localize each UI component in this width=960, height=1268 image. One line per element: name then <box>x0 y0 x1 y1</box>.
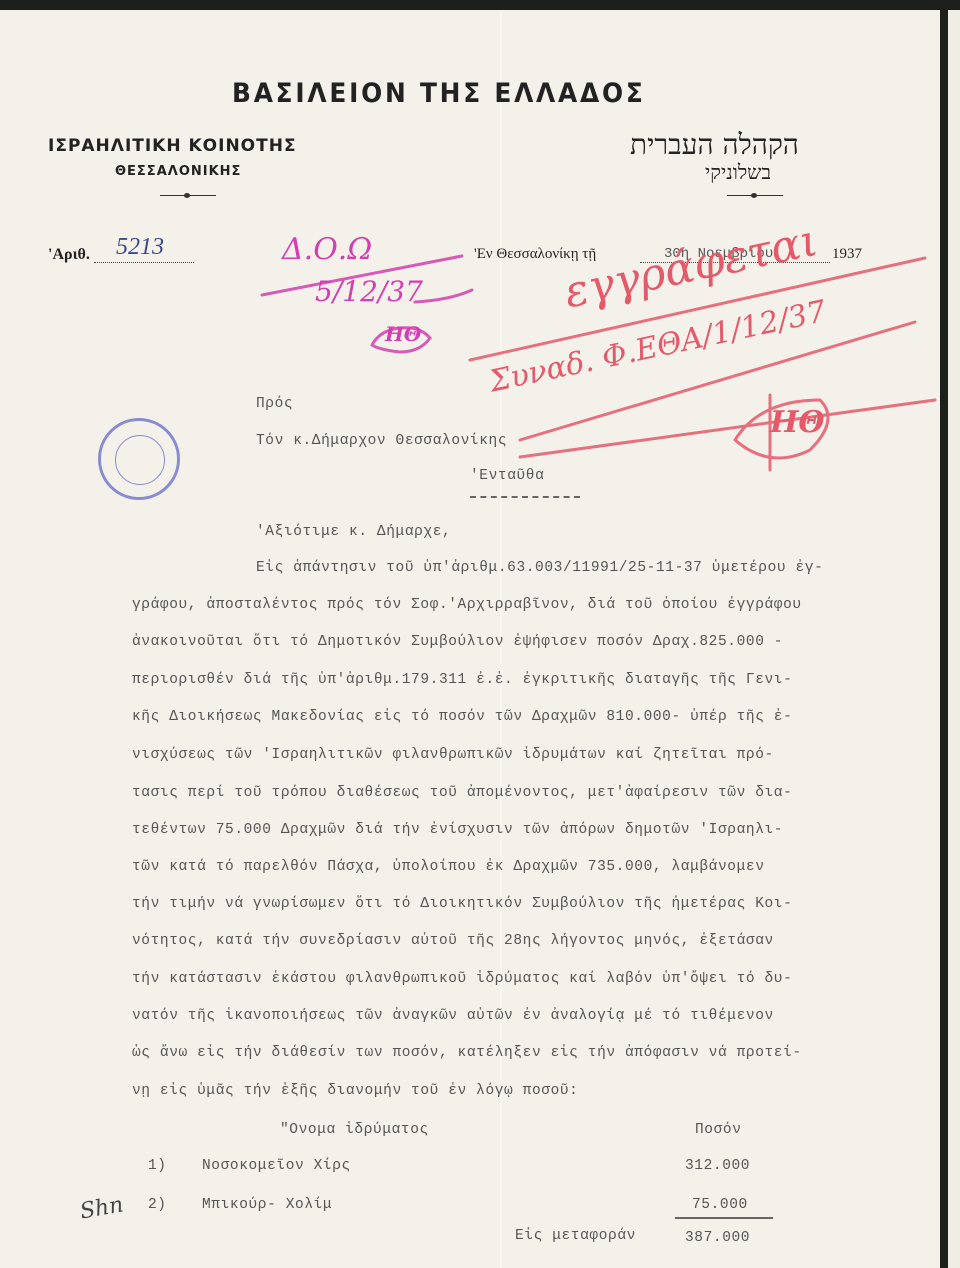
location-underline <box>470 496 580 498</box>
body-line: τασις περί τοῦ τρόπου διαθέσεως τοῦ ἀπομ… <box>132 785 792 801</box>
address-to: Πρός <box>256 396 293 412</box>
body-line: νῃ εἰς ὑμᾶς τήν ἑξῆς διανομήν τοῦ ἐν λόγ… <box>132 1083 578 1099</box>
pink-annotation-date: 5/12/37 <box>315 275 423 308</box>
red-annotation-initials: ΗΘ <box>770 405 824 440</box>
body-line: νισχύσεως τῶν 'Ισραηλιτικῶν φιλανθρωπικῶ… <box>132 747 774 763</box>
table-row-amount: 312.000 <box>685 1158 750 1174</box>
body-line: Εἰς ἀπάντησιν τοῦ ὑπ'ἀριθμ.63.003/11991/… <box>256 560 823 576</box>
body-line: νατόν τῆς ἱκανοποιήσεως τῶν ἀναγκῶν αὐτῶ… <box>132 1008 774 1024</box>
body-line: κῆς Διοικήσεως Μακεδονίας εἰς τό ποσόν τ… <box>132 709 792 725</box>
table-row-amount: 75.000 <box>692 1197 748 1213</box>
municipal-stamp <box>98 418 180 500</box>
body-line: ὡς ἄνω εἰς τήν διάθεσίν των ποσόν, κατέλ… <box>132 1045 802 1061</box>
body-line: νότητος, κατά τήν συνεδρίασιν αὐτοῦ τῆς … <box>132 933 774 949</box>
carry-forward-label: Εἰς μεταφοράν <box>515 1228 636 1244</box>
table-row-name: Μπικούρ- Χολίμ <box>202 1197 332 1213</box>
body-line: περιορισθέν διά τῆς ὑπ'ἀριθμ.179.311 ἐ.ἐ… <box>132 672 792 688</box>
body-line: γράφου, ἀποσταλέντος πρός τόν Σοφ.'Αρχιρ… <box>132 597 802 613</box>
carry-forward-amount: 387.000 <box>685 1230 750 1246</box>
table-header-amount: Ποσόν <box>695 1122 742 1138</box>
sum-underline <box>675 1217 773 1219</box>
body-line: τεθέντων 75.000 Δραχμῶν διά τήν ἐνίσχυσι… <box>132 822 783 838</box>
pink-annotation-initials: ΗΘ <box>385 322 421 346</box>
table-row-name: Νοσοκομεῖον Χίρς <box>202 1158 351 1174</box>
stamp-inner-circle <box>115 435 165 485</box>
body-line: τῶν κατά τό παρελθόν Πάσχα, ὑπολοίπου ἐκ… <box>132 859 765 875</box>
body-line: ἀνακοινοῦται ὅτι τό Δημοτικόν Συμβούλιον… <box>132 634 783 650</box>
pink-annotation-code: Δ.Ο.Ω <box>282 232 372 267</box>
body-line: τήν κατάστασιν ἑκάστου φιλανθρωπικοῦ ἱδρ… <box>132 971 792 987</box>
body-line: τήν τιμήν νά γνωρίσωμεν ὅτι τό Διοικητικ… <box>132 896 792 912</box>
address-location: 'Ενταῦθα <box>470 468 544 484</box>
address-recipient: Τόν κ.Δήμαρχον Θεσσαλονίκης <box>256 433 507 449</box>
table-row-index: 2) <box>148 1197 167 1213</box>
salutation: 'Αξιότιμε κ. Δήμαρχε, <box>256 524 451 540</box>
table-header-name: "Ονομα ἱδρύματος <box>280 1122 429 1138</box>
table-row-index: 1) <box>148 1158 167 1174</box>
